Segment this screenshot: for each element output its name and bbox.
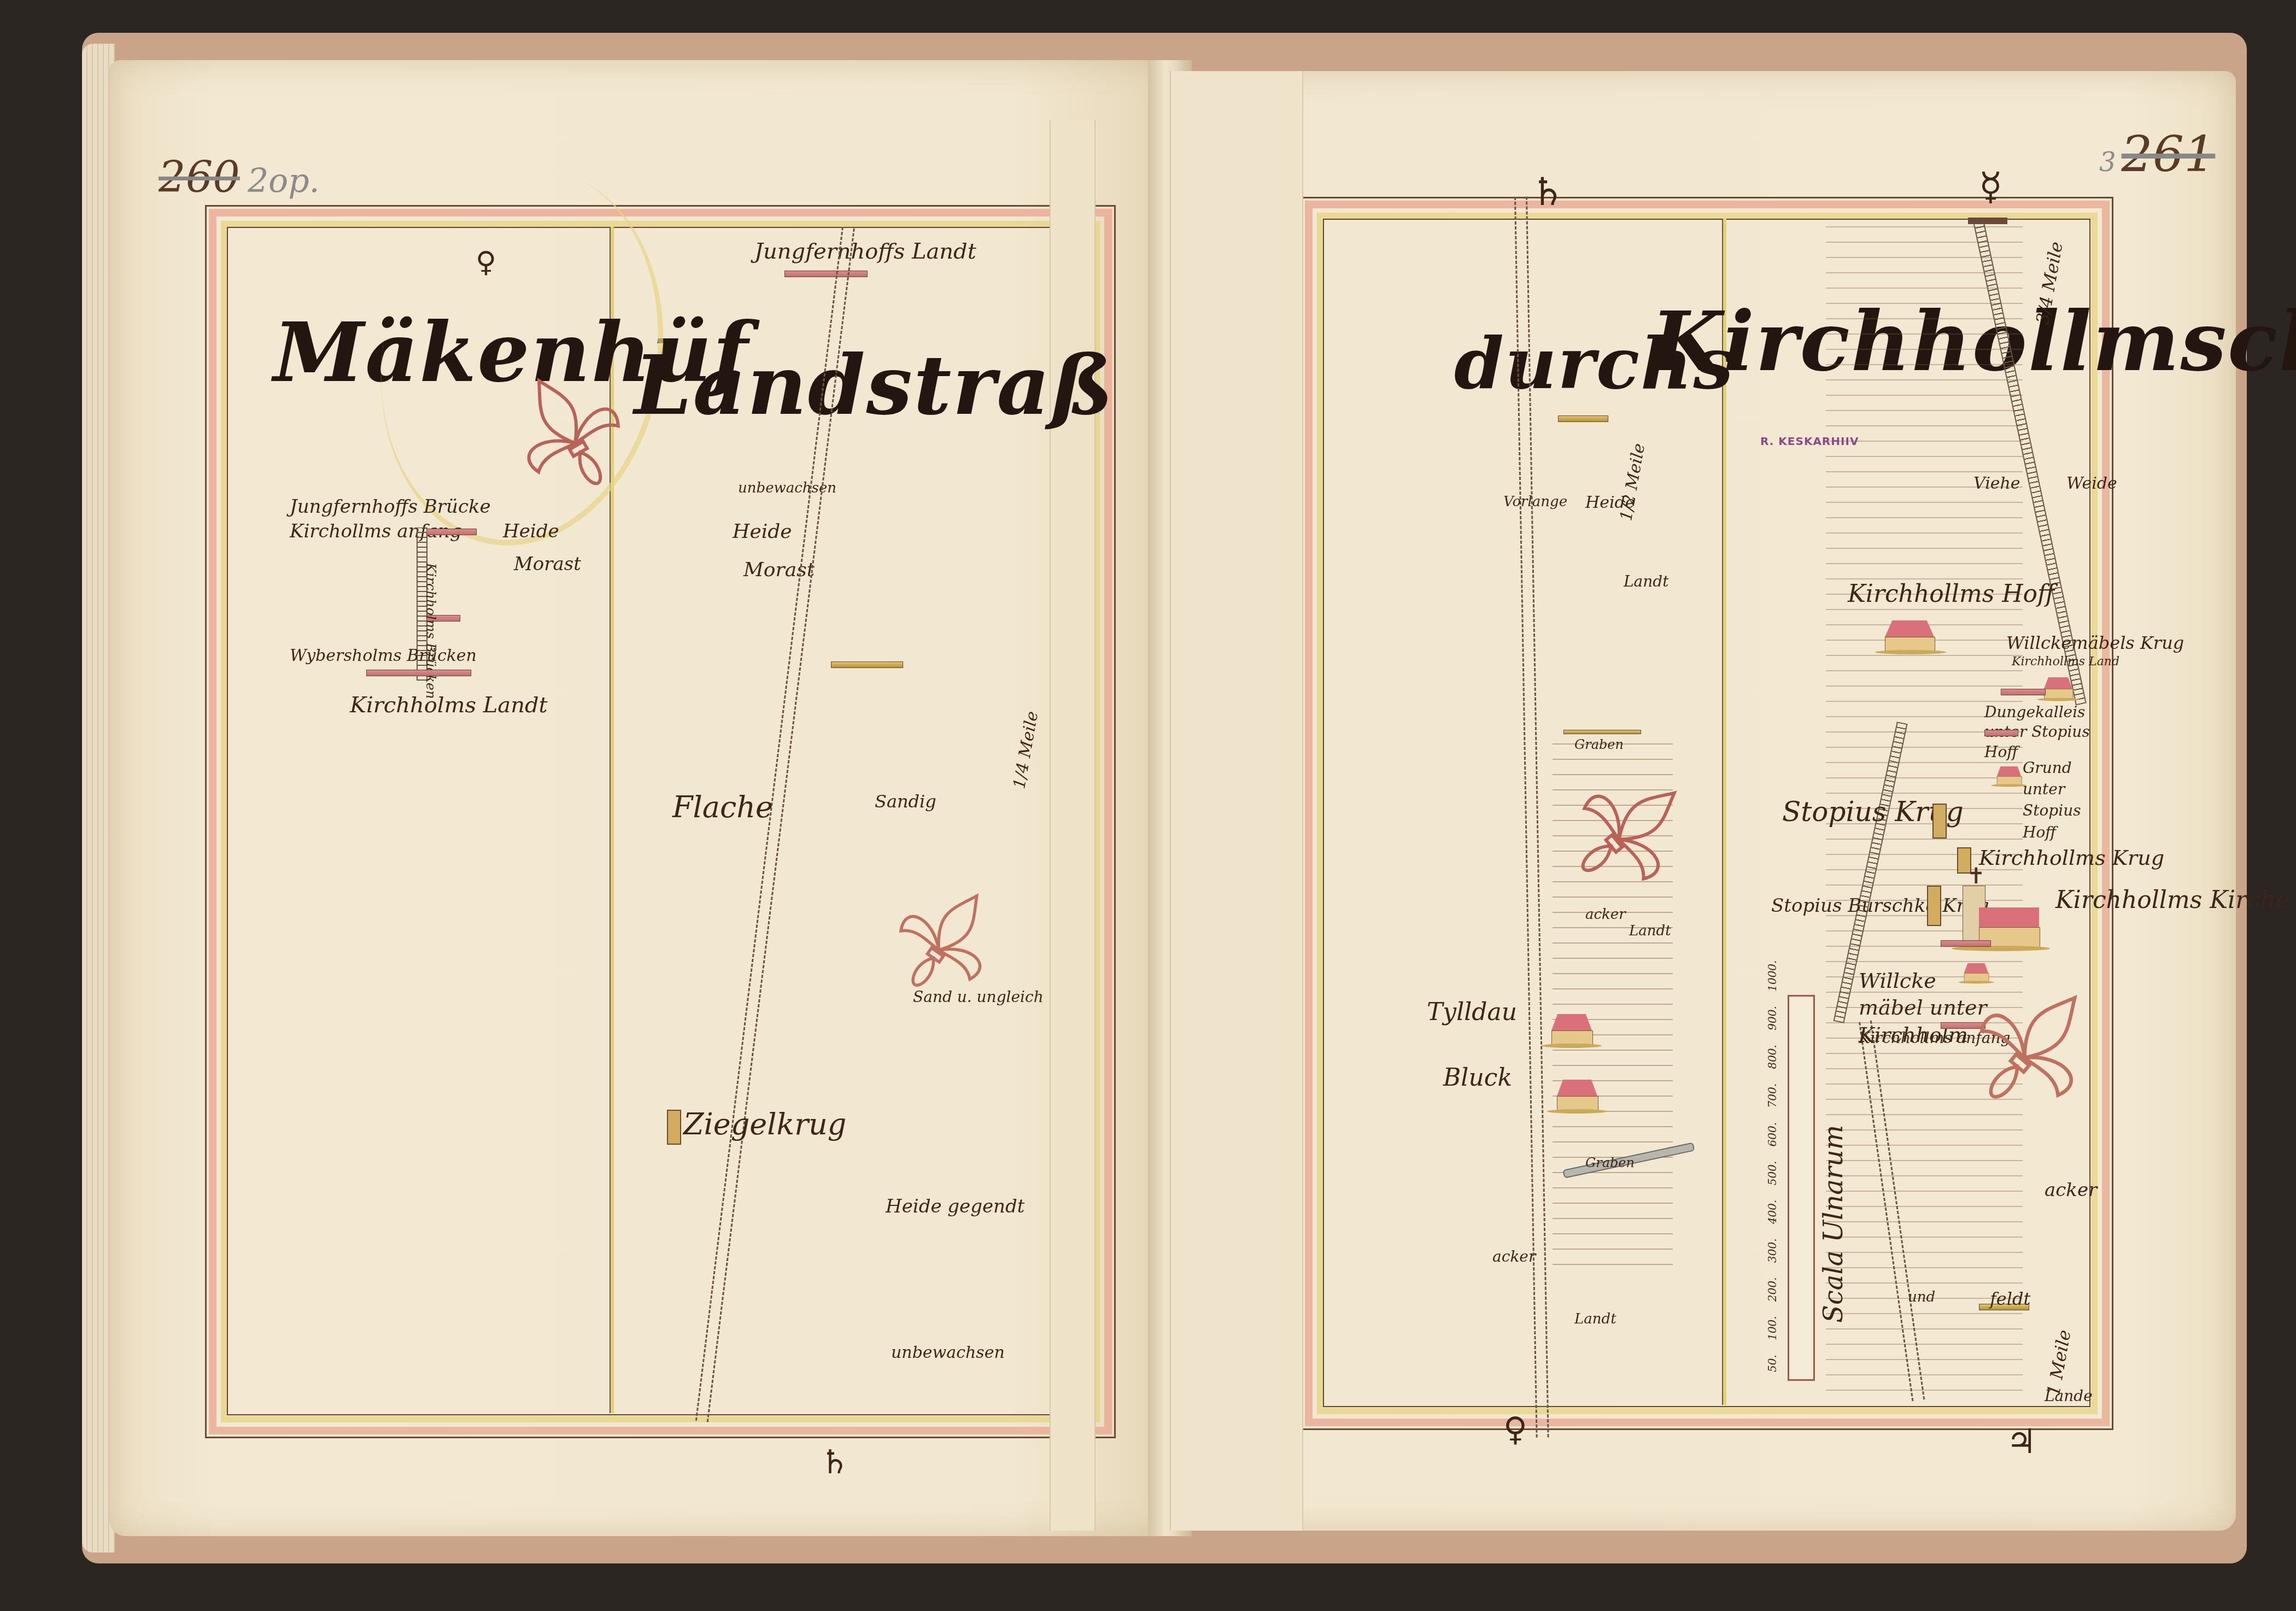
- terrain-label: feldt: [1990, 1290, 2030, 1308]
- terrain-label: Landt: [1624, 574, 1669, 589]
- inn-label: Kirchhollms Krug: [1979, 847, 2164, 868]
- terrain-label: Vorlange: [1503, 495, 1567, 509]
- folio-pencil-note: 2op.: [248, 162, 320, 200]
- terrain-label: acker: [1492, 1249, 1536, 1264]
- manor-house-icon: [1881, 620, 1941, 653]
- scale-tick: 50.: [1766, 1355, 1779, 1372]
- mercury-symbol-icon: ☿: [1979, 164, 2002, 209]
- saturn-symbol-icon: ♄: [820, 1443, 850, 1481]
- inn-marker: [1932, 804, 1947, 839]
- place-label: Ziegelkrug: [683, 1110, 846, 1139]
- scale-tick: 700.: [1766, 1083, 1779, 1108]
- bridge-marker: [426, 529, 477, 535]
- place-label: Wybersholms Brücken: [290, 648, 477, 664]
- terrain-label: Viehe: [1973, 476, 2020, 492]
- terrain-label: Flache: [672, 793, 773, 822]
- terrain-label: acker: [1585, 907, 1626, 922]
- boundary-marker: [1984, 730, 2018, 736]
- boundary-marker: [784, 271, 868, 277]
- scale-tick: 200.: [1766, 1277, 1779, 1302]
- farmhouse-icon: [1553, 1080, 1602, 1112]
- scale-bar: [1788, 995, 1815, 1381]
- scale-title: Scala Ulnarum: [1820, 1125, 1847, 1323]
- place-label: Kirchholms Landt: [350, 694, 548, 716]
- scale-tick: 300.: [1766, 1239, 1779, 1263]
- manor-label: Kirchhollms Hoff: [1848, 582, 2054, 606]
- left-page: 2602op. ♀ Mäkenhüf Jungfernhoffs Brücke …: [109, 60, 1170, 1536]
- boundary-marker: [366, 670, 471, 676]
- title-word-2: Landstraß: [634, 344, 1115, 426]
- inn-marker: [1927, 886, 1941, 926]
- scale-tick: 100.: [1766, 1316, 1779, 1340]
- terrain-label: Heide: [503, 522, 559, 541]
- map-fold-strip: [1170, 71, 1303, 1531]
- jupiter-symbol-icon: ♃: [2006, 1421, 2037, 1461]
- folio-number: 260: [159, 153, 240, 202]
- scale-tick: 500.: [1766, 1161, 1779, 1186]
- folio-right: 3261: [2099, 126, 2215, 183]
- saturn-symbol-icon: ♄: [1531, 169, 1565, 214]
- farmhouse-icon: [1994, 766, 2024, 786]
- terrain-label: Morast: [514, 555, 581, 573]
- map-fold-strip: [1050, 120, 1096, 1531]
- scale-ticks: 50. 100. 200. 300. 400. 500. 600. 700. 8…: [1766, 960, 1779, 1372]
- bridge-label: Kirchholms Brücken: [424, 563, 437, 699]
- ditch-marker: [1563, 730, 1641, 734]
- ditch-label: Graben: [1585, 1156, 1635, 1169]
- farmhouse-icon: [2041, 677, 2076, 700]
- place-label: Tylldau: [1427, 1000, 1517, 1024]
- ditch-label: Graben: [1574, 738, 1624, 751]
- terrain-label: Lande: [2045, 1389, 2093, 1404]
- folio-number: 261: [2122, 126, 2216, 183]
- scale-tick: 600.: [1766, 1122, 1779, 1147]
- venus-symbol-icon: ♀: [1503, 1410, 1527, 1449]
- place-label: Bluck: [1443, 1066, 1512, 1090]
- milestone-marker: [831, 661, 903, 668]
- terrain-label: Landt: [1574, 1312, 1616, 1326]
- folio-left: 2602op.: [159, 153, 320, 202]
- place-label: Grund unter Stopius Hoff: [2023, 757, 2110, 843]
- terrain-label: und: [1908, 1290, 1935, 1304]
- terrain-label: Sandig: [875, 793, 936, 810]
- scale-tick: 800.: [1766, 1045, 1779, 1069]
- farmhouse-icon: [1961, 963, 1991, 983]
- inn-marker: [667, 1110, 681, 1145]
- terrain-label: Landt: [1629, 924, 1671, 938]
- terrain-label: Heide gegendt: [886, 1197, 1024, 1216]
- milestone-marker: [1558, 415, 1608, 422]
- terrain-label: Sand u. ungleich: [913, 989, 1044, 1005]
- terrain-label: Heide: [1585, 495, 1635, 511]
- terrain-label: Weide: [2066, 476, 2117, 492]
- boundary-marker: [2001, 689, 2046, 695]
- boundary-label: Kirchhollms Land: [2012, 656, 2119, 668]
- scale-tick: 900.: [1766, 1006, 1779, 1030]
- farmhouse-icon: [1547, 1014, 1596, 1047]
- scale-tick: 1000.: [1766, 960, 1779, 992]
- right-page: 3261 ♄ durchs Kirchhollmsche. 1/2 Meile …: [1170, 71, 2236, 1531]
- terrain-label: acker: [2045, 1181, 2097, 1199]
- church-label: Kirchhollms Kirche: [2055, 888, 2290, 912]
- boundary-marker: [1941, 940, 1991, 947]
- folio-pencil-note: 3: [2099, 147, 2116, 178]
- inn-label: Willckemäbels Krug: [2006, 634, 2184, 652]
- place-label: Jungfernhoffs Landt: [754, 241, 976, 262]
- terrain-label: Heide: [733, 522, 792, 542]
- place-label: Jungfernhoffs Brücke: [290, 497, 491, 516]
- terrain-label: unbewachsen: [891, 1345, 1005, 1361]
- scale-tick: 400.: [1766, 1200, 1779, 1225]
